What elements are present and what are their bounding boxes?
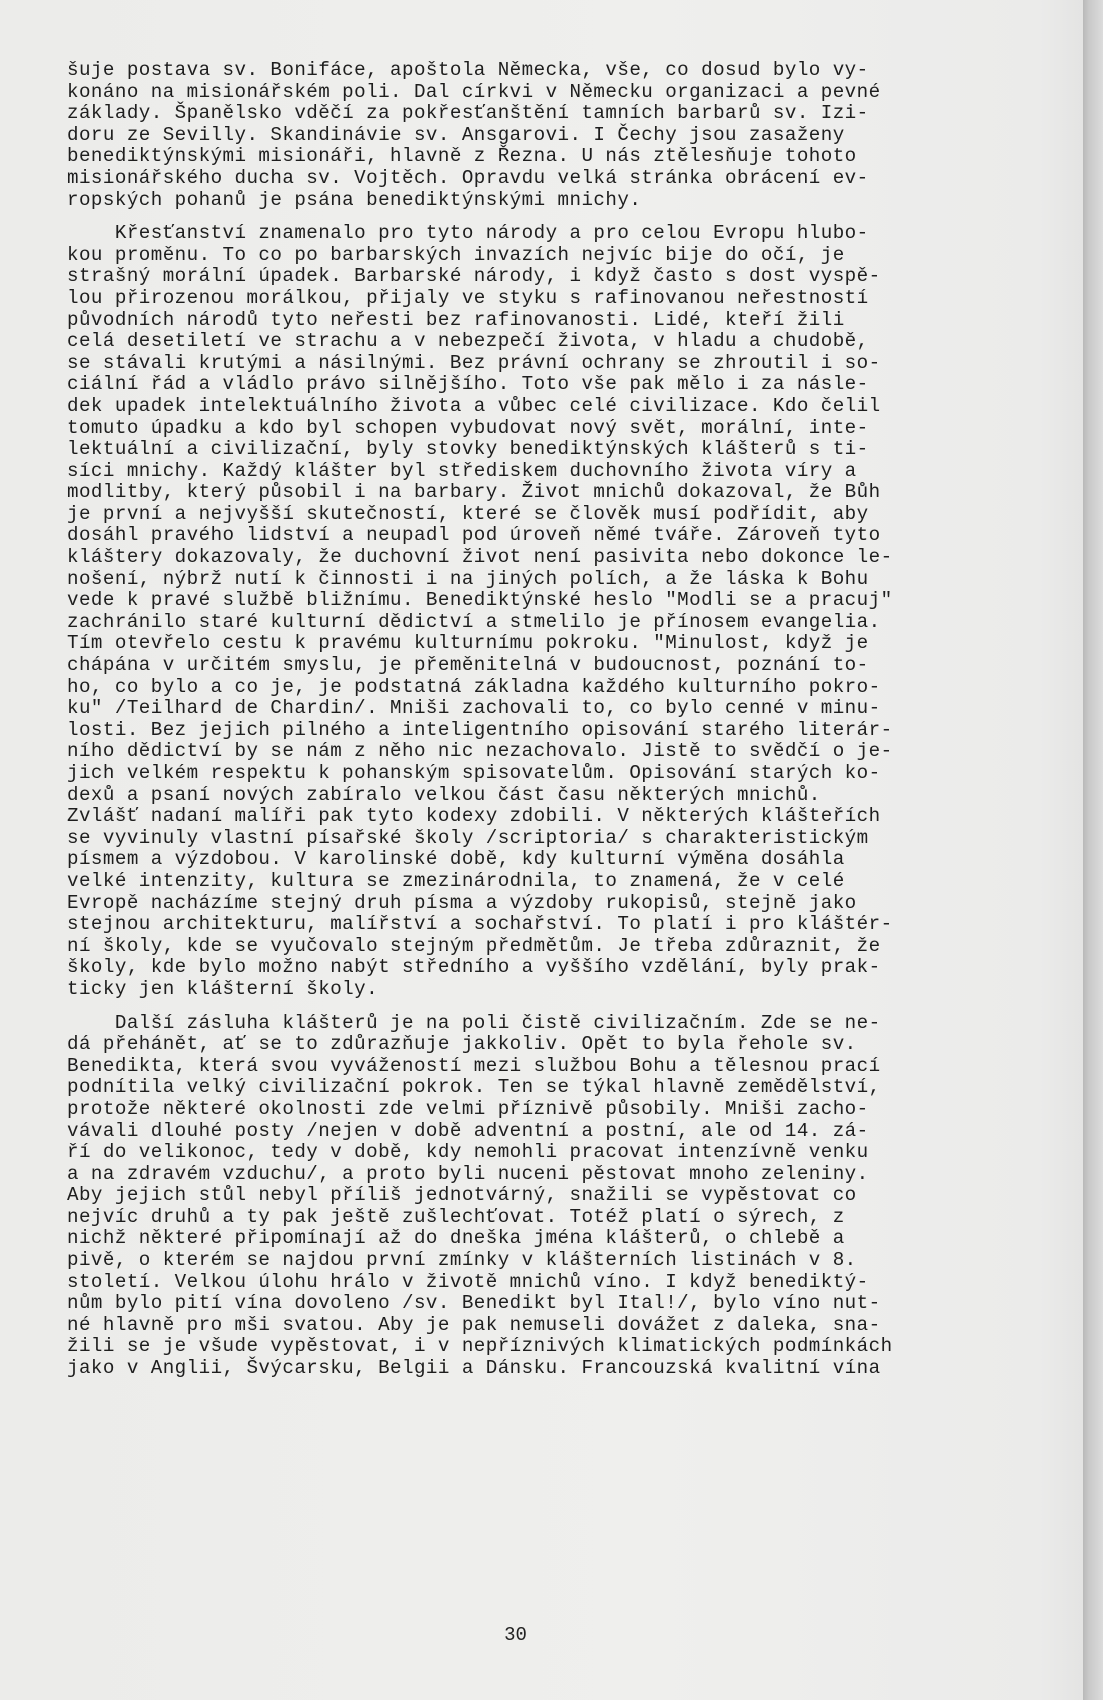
text-line: písmem a výzdobou. V karolinské době, kd… <box>67 849 1067 871</box>
text-line: základy. Španělsko vděčí za pokřesťanště… <box>67 103 1067 125</box>
text-line: velké intenzity, kultura se zmezinárodni… <box>67 871 1067 893</box>
text-line: ticky jen klášterní školy. <box>67 979 1067 1001</box>
text-line: Aby jejich stůl nebyl příliš jednotvárný… <box>67 1185 1067 1207</box>
text-line: podnítila velký civilizační pokrok. Ten … <box>67 1077 1067 1099</box>
text-line: Tím otevřelo cestu k pravému kulturnímu … <box>67 633 1067 655</box>
text-line: konáno na misionářském poli. Dal církvi … <box>67 82 1067 104</box>
text-line: ku" /Teilhard de Chardin/. Mniši zachova… <box>67 698 1067 720</box>
text-line: nošení, nýbrž nutí k činnosti i na jinýc… <box>67 569 1067 591</box>
text-line: žili se je všude vypěstovat, i v nepřízn… <box>67 1336 1067 1358</box>
text-line: dosáhl pravého lidství a neupadl pod úro… <box>67 525 1067 547</box>
text-line: celá desetiletí ve strachu a v nebezpečí… <box>67 331 1067 353</box>
text-line: lektuální a civilizační, byly stovky ben… <box>67 439 1067 461</box>
text-line: zachránilo staré kulturní dědictví a stm… <box>67 612 1067 634</box>
text-line: ciální řád a vládlo právo silnějšího. To… <box>67 374 1067 396</box>
text-line: protože některé okolnosti zde velmi příz… <box>67 1099 1067 1121</box>
text-line: jich velkém respektu k pohanským spisova… <box>67 763 1067 785</box>
text-line: vávali dlouhé posty /nejen v době advent… <box>67 1121 1067 1143</box>
text-line: tomuto úpadku a kdo byl schopen vybudova… <box>67 418 1067 440</box>
body-text: šuje postava sv. Bonifáce, apoštola Něme… <box>67 60 1067 1380</box>
text-line: doru ze Sevilly. Skandinávie sv. Ansgaro… <box>67 125 1067 147</box>
text-line: nejvíc druhů a ty pak ještě zušlechťovat… <box>67 1207 1067 1229</box>
text-line: nům bylo pití vína dovoleno /sv. Benedik… <box>67 1293 1067 1315</box>
text-line: pivě, o kterém se najdou první zmínky v … <box>67 1250 1067 1272</box>
text-line: ho, co bylo a co je, je podstatná základ… <box>67 677 1067 699</box>
text-line: Benedikta, která svou vyvážeností mezi s… <box>67 1056 1067 1078</box>
page-number: 30 <box>0 1624 1052 1646</box>
text-line: jako v Anglii, Švýcarsku, Belgii a Dánsk… <box>67 1358 1067 1380</box>
paragraph: Další zásluha klášterů je na poli čistě … <box>67 1013 1067 1380</box>
text-line: ního dědictví by se nám z něho nic nezac… <box>67 741 1067 763</box>
text-line: dá přehánět, ať se to zdůrazňuje jakkoli… <box>67 1034 1067 1056</box>
text-line: lou přirozenou morálkou, přijaly ve styk… <box>67 288 1067 310</box>
text-line: ropských pohanů je psána benediktýnskými… <box>67 190 1067 212</box>
paragraph: Křesťanství znamenalo pro tyto národy a … <box>67 223 1067 1000</box>
text-line: Zvlášť nadaní malíři pak tyto kodexy zdo… <box>67 806 1067 828</box>
text-line: Evropě nacházíme stejný druh písma a výz… <box>67 893 1067 915</box>
text-line: ní školy, kde se vyučovalo stejným předm… <box>67 936 1067 958</box>
text-line: šuje postava sv. Bonifáce, apoštola Něme… <box>67 60 1067 82</box>
text-line: síci mnichy. Každý klášter byl střediske… <box>67 461 1067 483</box>
text-line: je první a nejvyšší skutečností, které s… <box>67 504 1067 526</box>
text-line: se vyvinuly vlastní písařské školy /scri… <box>67 828 1067 850</box>
typewritten-page: šuje postava sv. Bonifáce, apoštola Něme… <box>0 0 1083 1700</box>
text-line: chápána v určitém smyslu, je přeměniteln… <box>67 655 1067 677</box>
text-line: kláštery dokazovaly, že duchovní život n… <box>67 547 1067 569</box>
text-line: Křesťanství znamenalo pro tyto národy a … <box>67 223 1067 245</box>
text-line: kou proměnu. To co po barbarských invazí… <box>67 245 1067 267</box>
text-line: dek upadek intelektuálního života a vůbe… <box>67 396 1067 418</box>
text-line: stejnou architekturu, malířství a sochař… <box>67 914 1067 936</box>
text-line: původních národů tyto neřesti bez rafino… <box>67 310 1067 332</box>
text-line: se stávali krutými a násilnými. Bez práv… <box>67 353 1067 375</box>
scan-edge-shadow <box>1083 0 1103 1700</box>
text-line: benediktýnskými misionáři, hlavně z Řezn… <box>67 146 1067 168</box>
text-line: né hlavně pro mši svatou. Aby je pak nem… <box>67 1315 1067 1337</box>
text-line: dexů a psaní nových zabíralo velkou část… <box>67 785 1067 807</box>
text-line: století. Velkou úlohu hrálo v životě mni… <box>67 1272 1067 1294</box>
text-line: ří do velikonoc, tedy v době, kdy nemohl… <box>67 1142 1067 1164</box>
text-line: modlitby, který působil i na barbary. Ži… <box>67 482 1067 504</box>
text-line: strašný morální úpadek. Barbarské národy… <box>67 266 1067 288</box>
paragraph-gap <box>67 1001 1067 1013</box>
text-line: školy, kde bylo možno nabýt středního a … <box>67 957 1067 979</box>
text-line: losti. Bez jejich pilného a inteligentní… <box>67 720 1067 742</box>
paragraph: šuje postava sv. Bonifáce, apoštola Něme… <box>67 60 1067 211</box>
text-line: Další zásluha klášterů je na poli čistě … <box>67 1013 1067 1035</box>
text-line: vede k pravé službě bližnímu. Benediktýn… <box>67 590 1067 612</box>
text-line: nichž některé připomínají až do dneška j… <box>67 1228 1067 1250</box>
text-line: a na zdravém vzduchu/, a proto byli nuce… <box>67 1164 1067 1186</box>
text-line: misionářského ducha sv. Vojtěch. Opravdu… <box>67 168 1067 190</box>
